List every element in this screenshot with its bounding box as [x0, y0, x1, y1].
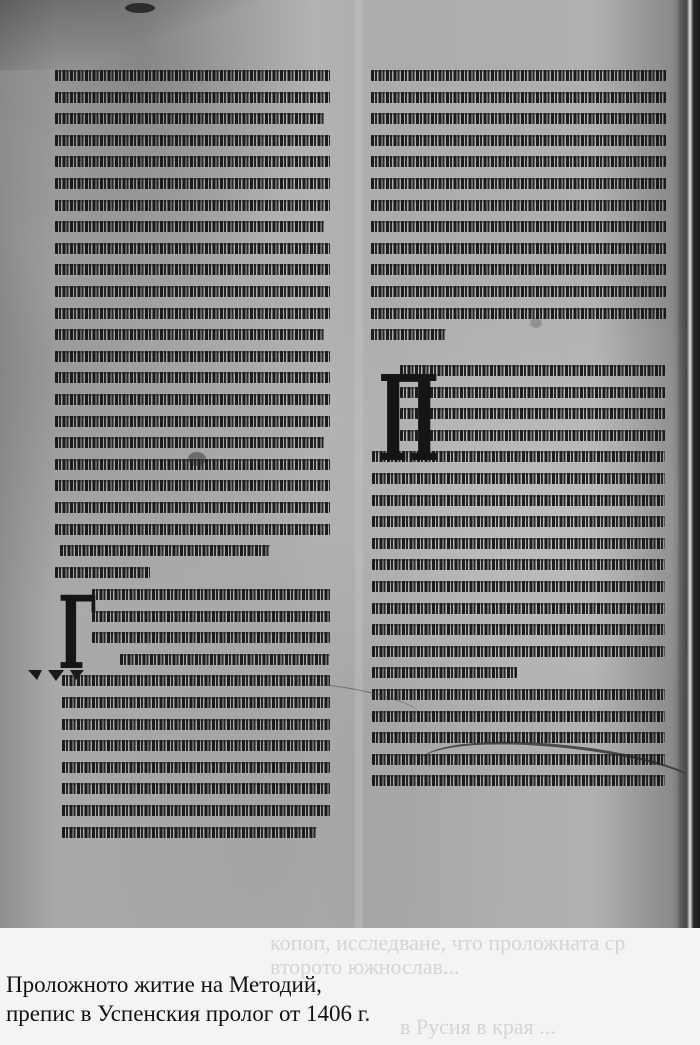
manuscript-text-line	[371, 156, 666, 167]
manuscript-text-line	[62, 762, 330, 773]
manuscript-text-line	[371, 308, 666, 319]
manuscript-text-line	[55, 243, 330, 254]
manuscript-text-line	[120, 654, 330, 665]
manuscript-text-line	[372, 624, 665, 635]
manuscript-text-line	[62, 805, 330, 816]
manuscript-text-line	[55, 156, 330, 167]
manuscript-text-line	[371, 70, 666, 81]
column-gutter	[355, 0, 363, 928]
manuscript-text-line	[371, 329, 446, 340]
manuscript-text-line	[55, 329, 324, 340]
caption-line-2: препис в Успенския пролог от 1406 г.	[6, 1001, 370, 1027]
manuscript-text-line	[400, 365, 665, 376]
manuscript-text-line	[372, 538, 665, 549]
manuscript-text-line	[55, 200, 330, 211]
manuscript-text-line	[55, 286, 330, 297]
manuscript-text-line	[371, 135, 666, 146]
manuscript-text-line	[55, 221, 324, 232]
manuscript-photo: П Г	[0, 0, 700, 928]
drop-cap-ornament-icon	[28, 668, 84, 682]
manuscript-text-line	[62, 675, 330, 686]
manuscript-text-line	[55, 113, 324, 124]
manuscript-text-line	[92, 611, 330, 622]
manuscript-text-line	[62, 719, 330, 730]
manuscript-text-line	[55, 351, 330, 362]
manuscript-text-line	[55, 92, 330, 103]
manuscript-text-line	[372, 559, 665, 570]
manuscript-text-line	[55, 372, 330, 383]
manuscript-text-line	[400, 387, 665, 398]
manuscript-text-line	[60, 545, 270, 556]
manuscript-text-line	[55, 416, 330, 427]
manuscript-text-line	[55, 264, 330, 275]
manuscript-text-line	[372, 581, 665, 592]
manuscript-text-line	[62, 827, 317, 838]
manuscript-text-line	[92, 632, 330, 643]
manuscript-text-line	[55, 437, 324, 448]
manuscript-text-line	[55, 394, 330, 405]
manuscript-text-line	[55, 502, 330, 513]
manuscript-text-line	[55, 308, 330, 319]
manuscript-text-line	[371, 221, 666, 232]
manuscript-text-line	[372, 689, 665, 700]
manuscript-text-line	[372, 603, 665, 614]
manuscript-text-line	[371, 113, 666, 124]
manuscript-text-line	[371, 178, 666, 189]
manuscript-text-line	[55, 135, 330, 146]
manuscript-text-line	[371, 286, 666, 297]
manuscript-text-line	[92, 589, 330, 600]
caption-line-1: Проложното житие на Методий,	[6, 972, 322, 998]
page-edge	[678, 0, 700, 928]
manuscript-text-line	[371, 200, 666, 211]
manuscript-text-line	[372, 646, 665, 657]
manuscript-text-line	[371, 243, 666, 254]
manuscript-text-line	[371, 92, 666, 103]
manuscript-text-line	[55, 178, 330, 189]
manuscript-text-line	[55, 70, 330, 81]
manuscript-text-line	[400, 408, 665, 419]
manuscript-text-line	[62, 783, 330, 794]
manuscript-text-line	[371, 264, 666, 275]
manuscript-text-line	[372, 667, 517, 678]
manuscript-text-line	[55, 524, 330, 535]
ink-spot	[125, 3, 155, 13]
caption-area: копоп, исследване, что проложната ср вто…	[0, 928, 700, 1045]
manuscript-text-line	[372, 516, 665, 527]
manuscript-text-line	[372, 495, 665, 506]
manuscript-text-line	[62, 740, 330, 751]
drop-cap-p: П	[378, 360, 437, 478]
bleedthrough-text: копоп, исследване, что проложната ср	[270, 930, 625, 956]
manuscript-text-line	[62, 697, 330, 708]
stain	[188, 452, 206, 466]
manuscript-text-line	[400, 430, 665, 441]
manuscript-text-line	[55, 480, 330, 491]
bleedthrough-text: в Русия в края ...	[400, 1014, 556, 1040]
stain	[530, 318, 542, 328]
